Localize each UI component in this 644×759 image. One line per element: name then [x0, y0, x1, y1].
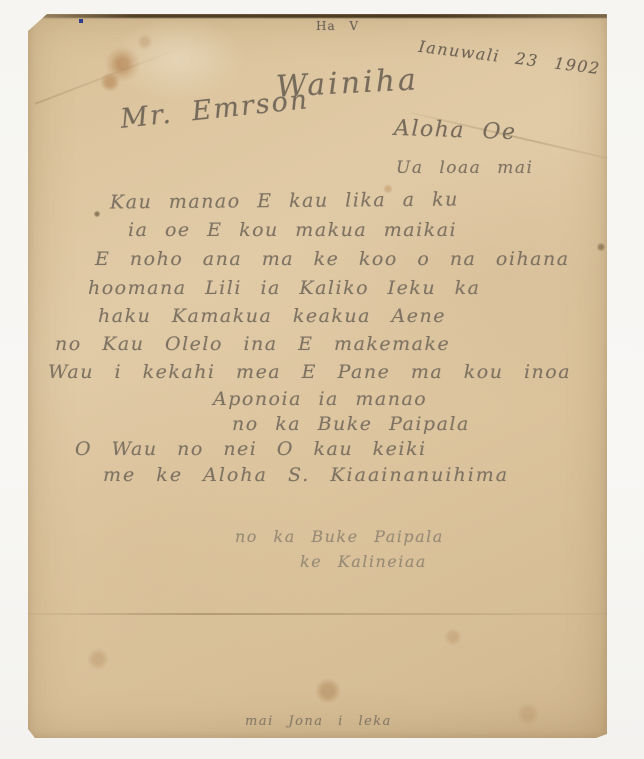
- body-line: E noho ana ma ke koo o na oihana: [95, 248, 570, 270]
- body-line: O Wau no nei O kau keiki: [75, 438, 427, 460]
- body-line: ia oe E kou makua maikai: [128, 219, 457, 241]
- corner-crease: [35, 49, 176, 104]
- salutation-line: Aloha Oe: [394, 116, 517, 145]
- body-line: Kau manao E kau lika a ku: [110, 188, 459, 213]
- postscript-line: ke Kalineiaa: [300, 552, 427, 571]
- horizontal-fold-crease: [28, 613, 607, 615]
- body-line: Wau i kekahi mea E Pane ma kou inoa: [48, 361, 571, 383]
- scan-background: Ha V Ianuwali 23 1902 Wainiha Mr. Emrson…: [0, 0, 644, 759]
- catalog-note: Ha V: [316, 19, 359, 33]
- body-line: hoomana Lili ia Kaliko Ieku ka: [88, 277, 480, 299]
- blue-ink-mark: [79, 19, 83, 23]
- opening-line: Ua loaa mai: [396, 158, 533, 178]
- signature-line: me ke Aloha S. Kiaainanuihima: [103, 464, 509, 486]
- body-line: Aponoia ia manao: [213, 388, 427, 410]
- recipient-line: Mr. Emrson: [119, 84, 311, 135]
- letter-page: Ha V Ianuwali 23 1902 Wainiha Mr. Emrson…: [28, 14, 607, 738]
- date-line: Ianuwali 23 1902: [418, 37, 602, 78]
- body-line: no Kau Olelo ina E makemake: [55, 333, 450, 355]
- body-line: no ka Buke Paipala: [232, 413, 470, 435]
- postscript-line: no ka Buke Paipala: [235, 527, 444, 546]
- body-line: haku Kamakua keakua Aene: [98, 305, 446, 327]
- bottom-margin-note: mai Jona i leka: [245, 714, 392, 729]
